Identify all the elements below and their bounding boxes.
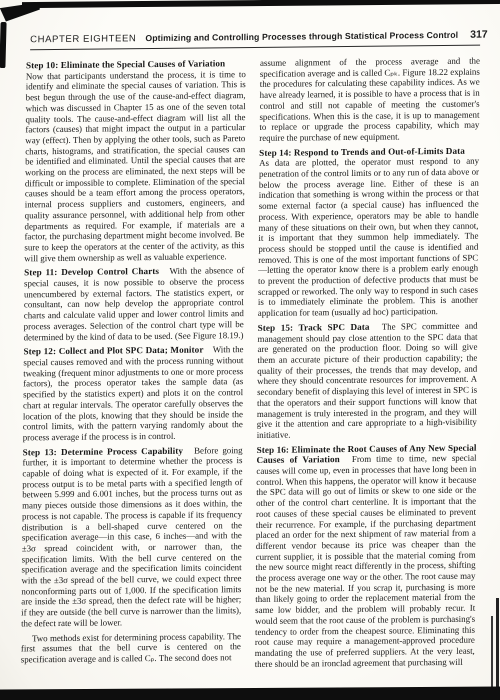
step-14-section: Step 14: Respond to Trends and Out-of-Li… bbox=[258, 145, 479, 319]
step-15-section: Step 15: Track SPC Data The SPC committe… bbox=[257, 321, 478, 441]
scan-artifact-left-edge bbox=[0, 22, 7, 68]
chapter-title: Optimizing and Controlling Processes thr… bbox=[145, 30, 458, 43]
step-16-text: From time to time, new special causes wi… bbox=[255, 453, 477, 669]
step-11-heading: Step 11: Develop Control Charts bbox=[24, 266, 159, 277]
step-13-text: Before going further, it is important to… bbox=[21, 445, 243, 629]
step-16-section: Step 16: Eliminate the Root Causes of An… bbox=[255, 442, 477, 669]
step-15-text: The SPC committee and management should … bbox=[257, 321, 478, 440]
step-10-section: Step 10: Eliminate the Special Causes of… bbox=[24, 58, 246, 264]
step-11-section: Step 11: Develop Control Charts With the… bbox=[24, 265, 245, 342]
page-number: 317 bbox=[470, 29, 488, 41]
scan-artifact-right-line-inner bbox=[491, 616, 493, 690]
scan-artifact-right-line-outer bbox=[496, 598, 499, 694]
scanned-book-page: CHAPTER EIGHTEEN Optimizing and Controll… bbox=[0, 0, 500, 700]
process-capability-paragraph: Two methods exist for determining proces… bbox=[21, 631, 241, 665]
step-14-text: As data are plotted, the operator must r… bbox=[258, 156, 479, 318]
continuation-paragraph: assume alignment of the process average … bbox=[259, 56, 480, 144]
scan-artifact-top-corner bbox=[0, 2, 40, 21]
step-12-section: Step 12: Collect and Plot SPC Data; Moni… bbox=[23, 344, 244, 443]
scan-artifact-top-streak bbox=[22, 0, 500, 8]
step-12-text: With the special causes removed and with… bbox=[23, 344, 244, 442]
scan-artifact-bottom-bar bbox=[0, 686, 500, 700]
chapter-label: CHAPTER EIGHTEEN bbox=[30, 33, 136, 45]
page-header: CHAPTER EIGHTEEN Optimizing and Controll… bbox=[30, 29, 480, 51]
step-13-section: Step 13: Determine Process Capability Be… bbox=[21, 445, 243, 629]
process-capability-text: Two methods exist for determining proces… bbox=[21, 631, 241, 665]
step-10-text: Now that participants understand the pro… bbox=[24, 69, 246, 263]
step-15-heading: Step 15: Track SPC Data bbox=[258, 322, 370, 333]
continuation-text: assume alignment of the process average … bbox=[259, 56, 480, 143]
step-13-heading: Step 13: Determine Process Capability bbox=[23, 445, 184, 457]
left-column: Step 10: Eliminate the Special Causes of… bbox=[21, 58, 246, 676]
text-columns: Step 10: Eliminate the Special Causes of… bbox=[21, 56, 480, 676]
right-column: assume alignment of the process average … bbox=[255, 56, 480, 674]
